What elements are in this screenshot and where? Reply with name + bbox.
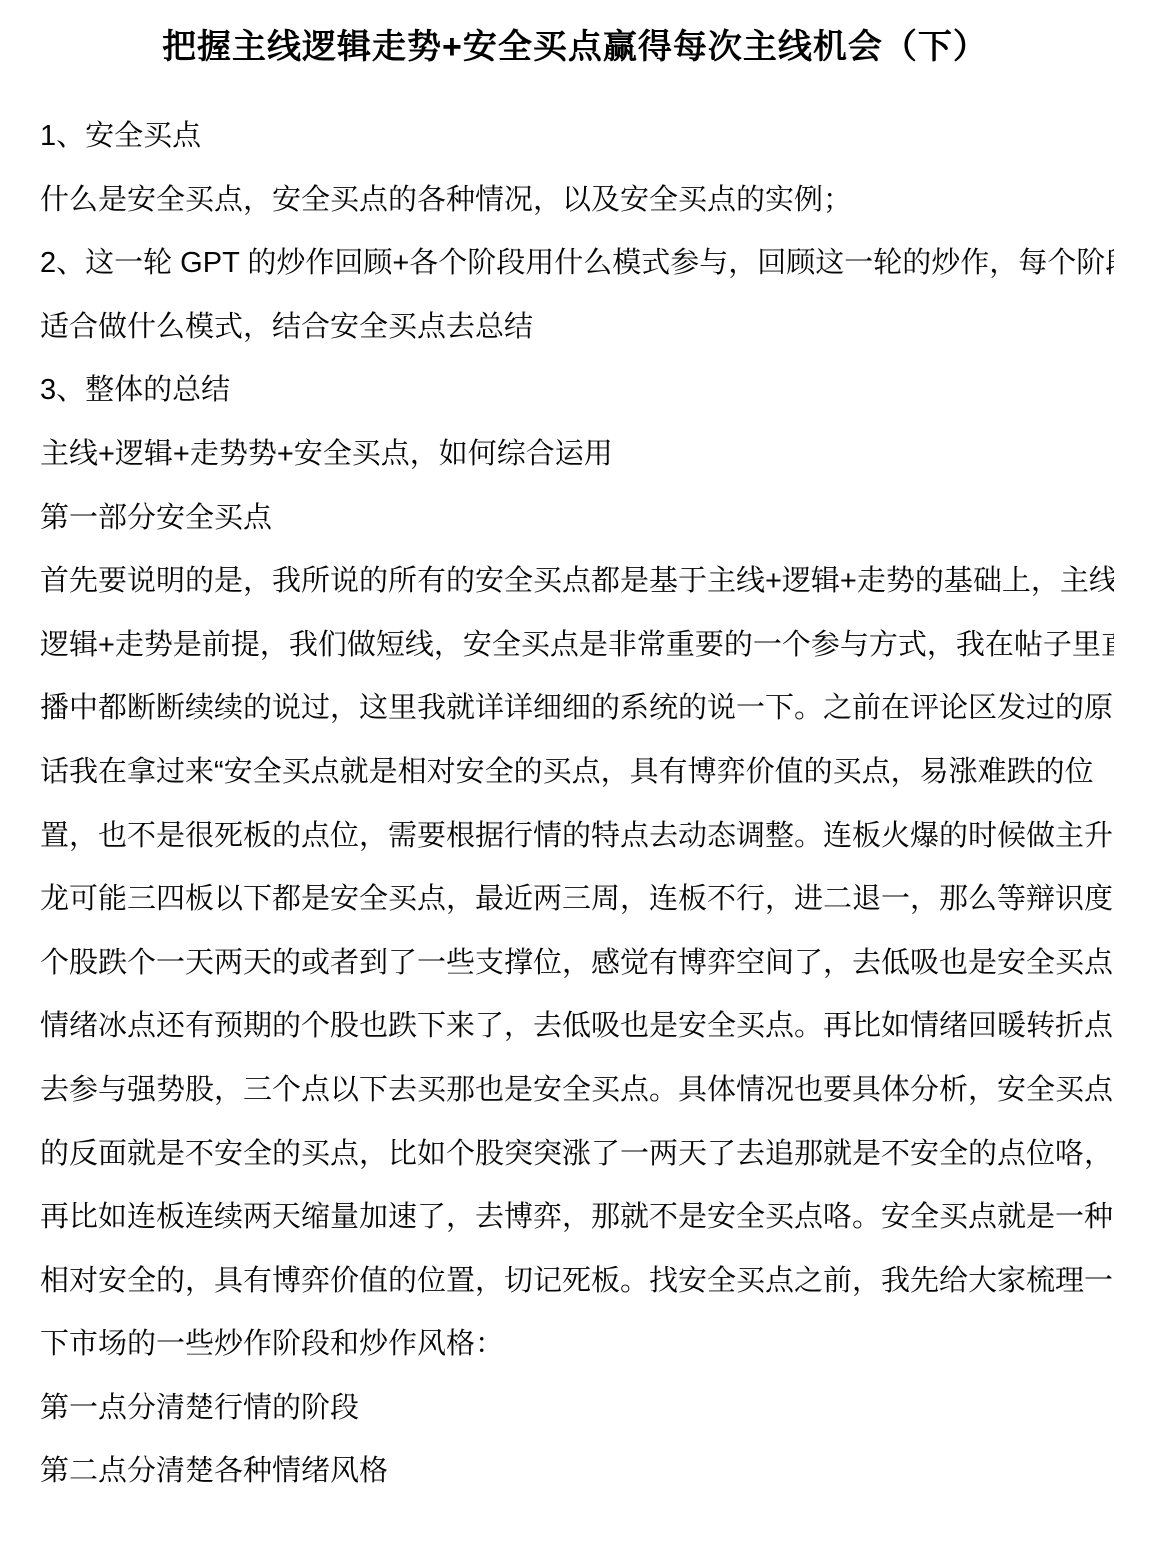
text-line: 下市场的一些炒作阶段和炒作风格： bbox=[40, 1313, 1114, 1377]
text-line: 什么是安全买点，安全买点的各种情况，以及安全买点的实例； bbox=[40, 169, 1114, 233]
document-title: 把握主线逻辑走势+安全买点赢得每次主线机会（下） bbox=[0, 0, 1150, 70]
text-line: 3、整体的总结 bbox=[40, 359, 1114, 423]
text-line: 首先要说明的是，我所说的所有的安全买点都是基于主线+逻辑+走势的基础上，主线+ bbox=[40, 550, 1114, 614]
text-line: 适合做什么模式，结合安全买点去总结 bbox=[40, 296, 1114, 360]
text-line: 第一部分安全买点 bbox=[40, 487, 1114, 551]
document-page: 把握主线逻辑走势+安全买点赢得每次主线机会（下） 1、安全买点 什么是安全买点，… bbox=[0, 0, 1150, 1543]
text-line: 情绪冰点还有预期的个股也跌下来了，去低吸也是安全买点。再比如情绪回暖转折点 bbox=[40, 995, 1114, 1059]
text-line: 第二点分清楚各种情绪风格 bbox=[40, 1440, 1114, 1504]
text-line: 去参与强势股，三个点以下去买那也是安全买点。具体情况也要具体分析，安全买点 bbox=[40, 1059, 1114, 1123]
text-line: 话我在拿过来“安全买点就是相对安全的买点，具有博弈价值的买点，易涨难跌的位 bbox=[40, 741, 1114, 805]
text-line: 2、这一轮 GPT 的炒作回顾+各个阶段用什么模式参与，回顾这一轮的炒作，每个阶… bbox=[40, 232, 1114, 296]
text-line: 主线+逻辑+走势势+安全买点，如何综合运用 bbox=[40, 423, 1114, 487]
text-line: 的反面就是不安全的买点，比如个股突突涨了一两天了去追那就是不安全的点位咯， bbox=[40, 1123, 1114, 1187]
text-line: 第一点分清楚行情的阶段 bbox=[40, 1377, 1114, 1441]
text-line: 1、安全买点 bbox=[40, 105, 1114, 169]
text-line: 再比如连板连续两天缩量加速了，去博弈，那就不是安全买点咯。安全买点就是一种 bbox=[40, 1186, 1114, 1250]
document-body: 1、安全买点 什么是安全买点，安全买点的各种情况，以及安全买点的实例； 2、这一… bbox=[0, 105, 1150, 1504]
text-line: 播中都断断续续的说过，这里我就详详细细的系统的说一下。之前在评论区发过的原 bbox=[40, 677, 1114, 741]
text-line: 置，也不是很死板的点位，需要根据行情的特点去动态调整。连板火爆的时候做主升 bbox=[40, 805, 1114, 869]
text-line: 个股跌个一天两天的或者到了一些支撑位，感觉有博弈空间了，去低吸也是安全买点。 bbox=[40, 932, 1114, 996]
text-line: 龙可能三四板以下都是安全买点，最近两三周，连板不行，进二退一，那么等辩识度 bbox=[40, 868, 1114, 932]
text-line: 相对安全的，具有博弈价值的位置，切记死板。找安全买点之前，我先给大家梳理一 bbox=[40, 1250, 1114, 1314]
text-line: 逻辑+走势是前提，我们做短线，安全买点是非常重要的一个参与方式，我在帖子里直 bbox=[40, 614, 1114, 678]
